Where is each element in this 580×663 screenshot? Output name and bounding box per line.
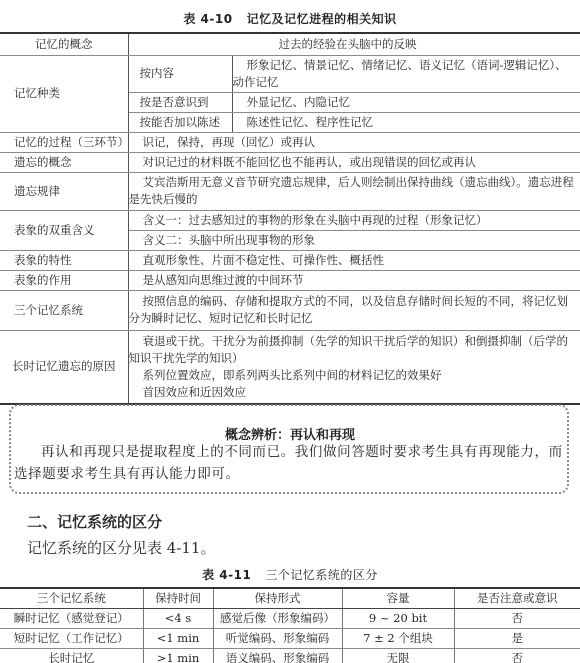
row-value: 直观形象性、片面不稳定性、可操作性、概括性 (128, 250, 580, 270)
row-value: 艾宾浩斯用无意义音节研究遗忘规律，后人则绘制出保持曲线（遗忘曲线）。遗忘进程是先… (128, 172, 580, 210)
table-row: 表象的作用 是从感知向思维过渡的中间环节 (0, 270, 580, 290)
row-value: 按照信息的编码、存储和提取方式的不同，以及信息存储时间长短的不同，将记忆划分为瞬… (128, 290, 580, 330)
row-value: 形象记忆、情景记忆、情绪记忆、语义记忆（语词-逻辑记忆）、动作记忆 (232, 55, 580, 92)
caption-number: 表 4-11 (202, 568, 251, 582)
cell: 听觉编码、形象编码 (213, 629, 342, 649)
sub-label: 按能否加以陈述 (128, 112, 232, 132)
section-intro: 记忆系统的区分见表 4-11。 (27, 537, 215, 558)
reason-serial-position: 系列位置效应，即系列两头比系列中间的材料记忆的效果好 (129, 367, 577, 384)
section-heading: 二、记忆系统的区分 (27, 511, 162, 532)
table-row: 遗忘规律 艾宾浩斯用无意义音节研究遗忘规律，后人则绘制出保持曲线（遗忘曲线）。遗… (0, 172, 580, 210)
table-row: 长时记忆 >1 min 语义编码、形象编码 无限 否 (0, 649, 580, 663)
cell: 否 (454, 649, 580, 663)
table-row: 记忆的概念 过去的经验在头脑中的反映 (0, 33, 580, 55)
table-row: 表象的双重含义 含义一：过去感知过的事物的形象在头脑中再现的过程（形象记忆） (0, 210, 580, 230)
cell: 无限 (342, 649, 454, 663)
row-label: 表象的特性 (0, 250, 128, 270)
sub-label: 按内容 (128, 55, 232, 92)
row-label: 三个记忆系统 (0, 290, 128, 330)
reason-primacy-recency: 首因效应和近因效应 (129, 384, 577, 401)
row-value: 识记，保持，再现（回忆）或再认 (128, 132, 580, 152)
row-value: 陈述性记忆、程序性记忆 (232, 112, 580, 132)
cell: 瞬时记忆（感觉登记） (0, 609, 143, 629)
caption-title: 三个记忆系统的区分 (265, 568, 378, 582)
memory-knowledge-table: 记忆的概念 过去的经验在头脑中的反映 记忆种类 按内容 形象记忆、情景记忆、情绪… (0, 32, 580, 405)
row-value: 对识记过的材料既不能回忆也不能再认，或出现错误的回忆或再认 (128, 152, 580, 172)
row-value: 是从感知向思维过渡的中间环节 (128, 270, 580, 290)
row-label: 表象的双重含义 (0, 210, 128, 250)
cell: 是 (454, 629, 580, 649)
cell: 长时记忆 (0, 649, 143, 663)
cell: 感觉后像（形象编码） (213, 609, 342, 629)
row-label: 遗忘的概念 (0, 152, 128, 172)
cell: 否 (454, 609, 580, 629)
row-value: 外显记忆、内隐记忆 (232, 92, 580, 112)
cell: >1 min (143, 649, 213, 663)
memory-systems-table: 三个记忆系统 保持时间 保持形式 容量 是否注意或意识 瞬时记忆（感觉登记） <… (0, 587, 580, 663)
sub-label: 按是否意识到 (128, 92, 232, 112)
row-label: 记忆的概念 (0, 33, 128, 55)
header-row: 三个记忆系统 保持时间 保持形式 容量 是否注意或意识 (0, 588, 580, 609)
cell: 短时记忆（工作记忆） (0, 629, 143, 649)
cell: <1 min (143, 629, 213, 649)
cell: 9 ~ 20 bit (342, 609, 454, 629)
column-header: 保持形式 (213, 588, 342, 609)
caption-number: 表 4-10 (183, 12, 232, 26)
table-row: 短时记忆（工作记忆） <1 min 听觉编码、形象编码 7 ± 2 个组块 是 (0, 629, 580, 649)
table-row: 记忆种类 按内容 形象记忆、情景记忆、情绪记忆、语义记忆（语词-逻辑记忆）、动作… (0, 55, 580, 92)
row-label: 遗忘规律 (0, 172, 128, 210)
table-row: 瞬时记忆（感觉登记） <4 s 感觉后像（形象编码） 9 ~ 20 bit 否 (0, 609, 580, 629)
table-row: 三个记忆系统 按照信息的编码、存储和提取方式的不同，以及信息存储时间长短的不同，… (0, 290, 580, 330)
table-row: 长时记忆遗忘的原因 衰退或干扰。干扰分为前摄抑制（先学的知识干扰后学的知识）和倒… (0, 330, 580, 404)
row-label: 表象的作用 (0, 270, 128, 290)
table-row: 表象的特性 直观形象性、片面不稳定性、可操作性、概括性 (0, 250, 580, 270)
column-header: 是否注意或意识 (454, 588, 580, 609)
cell: <4 s (143, 609, 213, 629)
reason-decay-interference: 衰退或干扰。干扰分为前摄抑制（先学的知识干扰后学的知识）和倒摄抑制（后学的知识干… (129, 333, 577, 367)
callout-body: 再认和再现只是提取程度上的不同而已。我们做问答题时要求考生具有再现能力，而选择题… (14, 441, 568, 485)
row-value: 含义一：过去感知过的事物的形象在头脑中再现的过程（形象记忆） (128, 210, 580, 230)
column-header: 三个记忆系统 (0, 588, 143, 609)
row-value: 过去的经验在头脑中的反映 (128, 33, 580, 55)
table-row: 遗忘的概念 对识记过的材料既不能回忆也不能再认，或出现错误的回忆或再认 (0, 152, 580, 172)
table-4-10-caption: 表 4-10记忆及记忆进程的相关知识 (0, 10, 580, 27)
column-header: 容量 (342, 588, 454, 609)
row-label: 记忆种类 (0, 55, 128, 132)
row-label: 记忆的过程（三环节） (0, 132, 128, 152)
table-4-11-caption: 表 4-11三个记忆系统的区分 (0, 566, 580, 583)
row-value: 衰退或干扰。干扰分为前摄抑制（先学的知识干扰后学的知识）和倒摄抑制（后学的知识干… (128, 330, 580, 404)
cell: 7 ± 2 个组块 (342, 629, 454, 649)
column-header: 保持时间 (143, 588, 213, 609)
cell: 语义编码、形象编码 (213, 649, 342, 663)
table-row: 记忆的过程（三环节） 识记，保持，再现（回忆）或再认 (0, 132, 580, 152)
row-value: 含义二：头脑中所出现事物的形象 (128, 230, 580, 250)
row-label: 长时记忆遗忘的原因 (0, 330, 128, 404)
caption-title: 记忆及记忆进程的相关知识 (247, 12, 397, 26)
